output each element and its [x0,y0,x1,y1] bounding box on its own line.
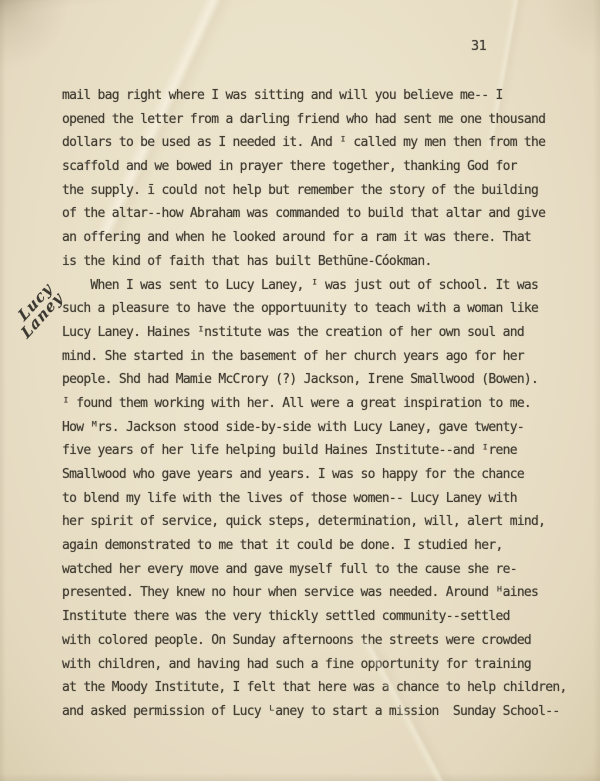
typed-line: and asked permission of Lucy ᴸaney to st… [62,700,592,724]
typed-line: ᴵ found them working with her. All were … [62,392,592,416]
page-number: 31 [471,38,486,54]
typed-line: five years of her life helping build Hai… [62,439,592,463]
typed-line: How ᴹrs. Jackson stood side-by-side with… [62,416,592,440]
typed-line: of the altar--how Abraham was commanded … [62,202,592,226]
typed-line: people. Shd had Mamie McCrory (?) Jackso… [62,368,592,392]
typed-line: mind. She started in the basement of her… [62,345,592,369]
typed-line: watched her every move and gave myself f… [62,558,592,582]
typed-line: Institute there was the very thickly set… [62,605,592,629]
typed-line: her spirit of service, quick steps, dete… [62,510,592,534]
typed-line: dollars to be used as I needed it. And ᴵ… [62,131,592,155]
typed-line: to blend my life with the lives of those… [62,487,592,511]
typed-line: such a pleasure to have the opportuunity… [62,297,592,321]
typed-line: When I was sent to Lucy Laney, ᴵ was jus… [62,274,592,298]
typed-line: the supply. ī could not help but remembe… [62,179,592,203]
typed-line: scaffold and we bowed in prayer there to… [62,155,592,179]
typed-line: presented. They knew no hour when servic… [62,581,592,605]
typed-line: with colored people. On Sunday afternoon… [62,629,592,653]
typewritten-memoir-page: 31 Lucy Laney mail bag right where I was… [0,0,600,781]
typed-line: an offering and when he looked around fo… [62,226,592,250]
typed-line: Smallwood who gave years and years. I wa… [62,463,592,487]
typed-line: opened the letter from a darling friend … [62,108,592,132]
typed-text-block: mail bag right where I was sitting and w… [62,84,592,724]
typed-line: with children, and having had such a fin… [62,653,592,677]
typed-line: at the Moody Institute, I felt that here… [62,676,592,700]
typed-line: is the kind of faith that has built Beth… [62,250,592,274]
typed-line: Lucy Laney. Haines ᴵnstitute was the cre… [62,321,592,345]
typed-line: again demonstrated to me that it could b… [62,534,592,558]
typed-line: mail bag right where I was sitting and w… [62,84,592,108]
